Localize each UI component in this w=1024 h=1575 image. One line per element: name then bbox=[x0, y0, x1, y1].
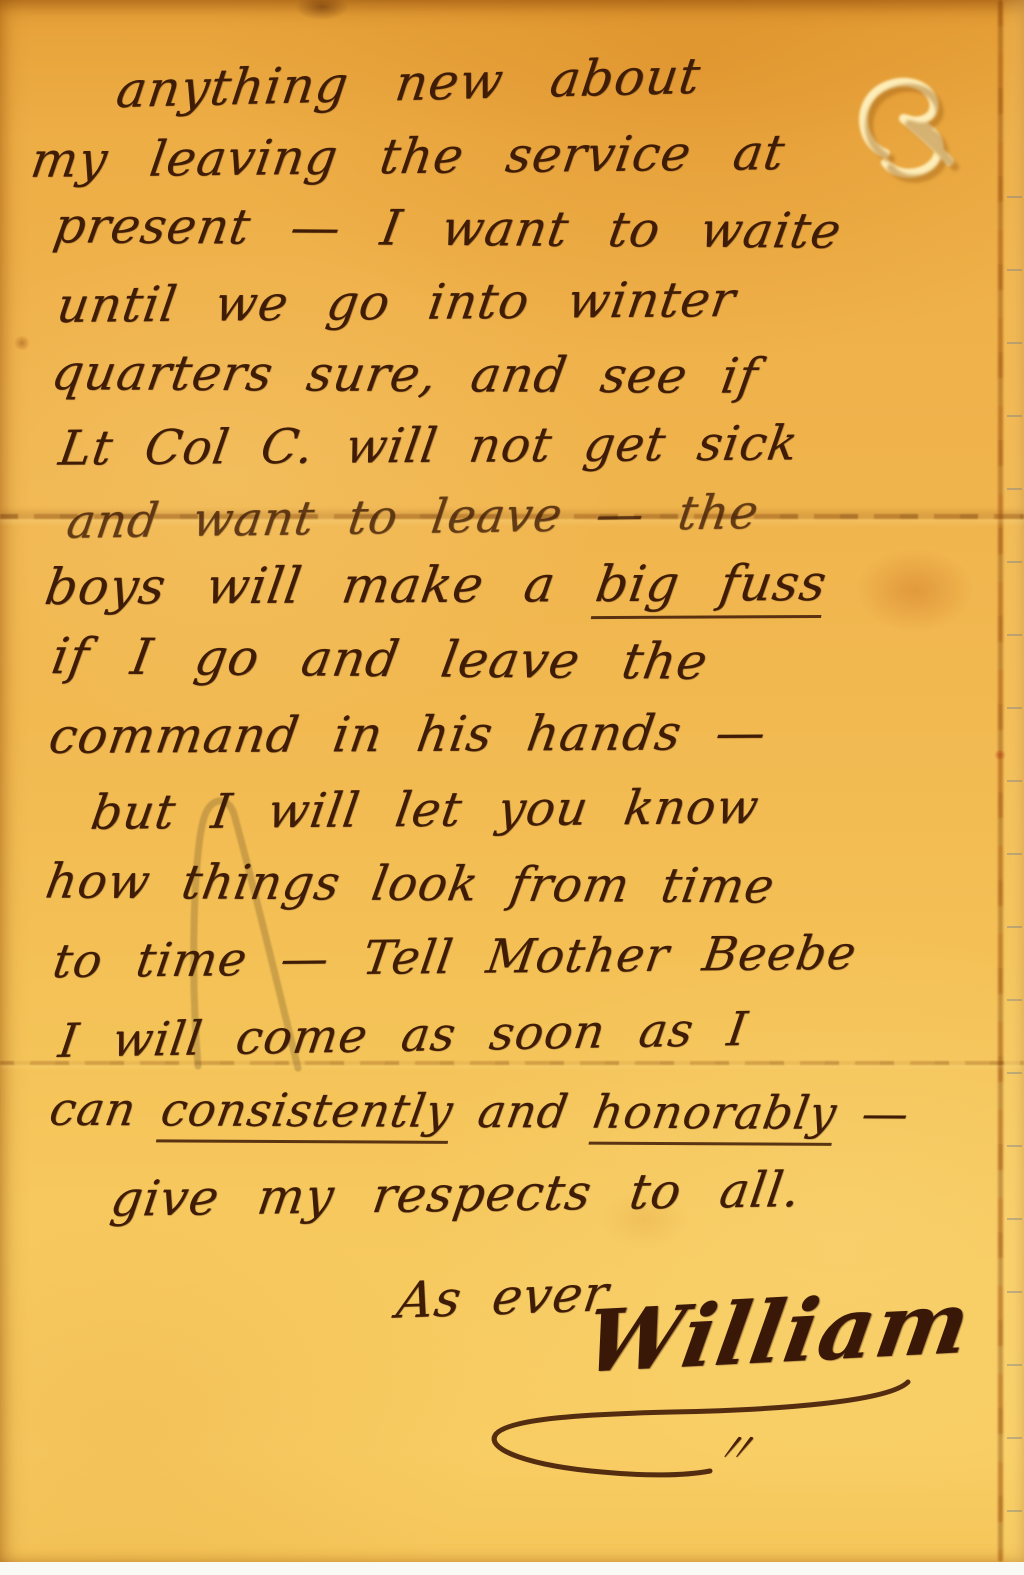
letter-line: command in his hands — bbox=[45, 704, 770, 765]
letter-line: can consistently and honorably — bbox=[46, 1082, 914, 1140]
letter-line: boys will make a big fuss bbox=[41, 554, 831, 616]
letter-line-faded: and want to leave — the bbox=[63, 485, 762, 550]
signature-flourish bbox=[440, 1368, 960, 1498]
letter-line: but I will let you know bbox=[87, 779, 763, 841]
line-text: and bbox=[449, 1084, 598, 1139]
underlined-phrase: honorably bbox=[588, 1085, 841, 1146]
embossed-seal-icon bbox=[848, 64, 976, 186]
letter-line: my leaving the service at bbox=[27, 124, 789, 189]
line-text: can bbox=[46, 1082, 166, 1137]
page-right-edge-crease bbox=[998, 0, 1003, 1562]
letter-line: if I go and leave the bbox=[48, 627, 713, 691]
letter-line: to time — Tell Mother Beebe bbox=[49, 926, 860, 989]
rust-stain bbox=[855, 548, 975, 633]
left-edge-spot bbox=[14, 336, 30, 350]
line-text: boys will make a bbox=[41, 555, 601, 616]
closing-phrase: As ever bbox=[393, 1264, 612, 1329]
top-edge-smudge bbox=[296, 0, 348, 20]
letter-line: I will come as soon as I bbox=[55, 1002, 751, 1069]
letter-line: anything new about bbox=[113, 47, 704, 119]
letter-line: present — I want to waite bbox=[50, 197, 846, 259]
letter-line: how things look from time bbox=[42, 853, 779, 914]
line-text: — bbox=[832, 1086, 913, 1140]
underlined-phrase: consistently bbox=[156, 1082, 457, 1144]
letter-line: give my respects to all. bbox=[107, 1161, 804, 1228]
underlined-phrase: big fuss bbox=[591, 554, 831, 619]
letter-paper: anything new about my leaving the servic… bbox=[0, 0, 1024, 1562]
scanner-background-strip bbox=[0, 1562, 1024, 1575]
letter-line: Lt Col C. will not get sick bbox=[55, 415, 802, 476]
letter-line: until we go into winter bbox=[53, 271, 739, 334]
faint-ruled-lines bbox=[1007, 196, 1022, 1536]
scanned-letter-page: anything new about my leaving the servic… bbox=[0, 0, 1024, 1575]
letter-line: quarters sure, and see if bbox=[48, 344, 763, 405]
